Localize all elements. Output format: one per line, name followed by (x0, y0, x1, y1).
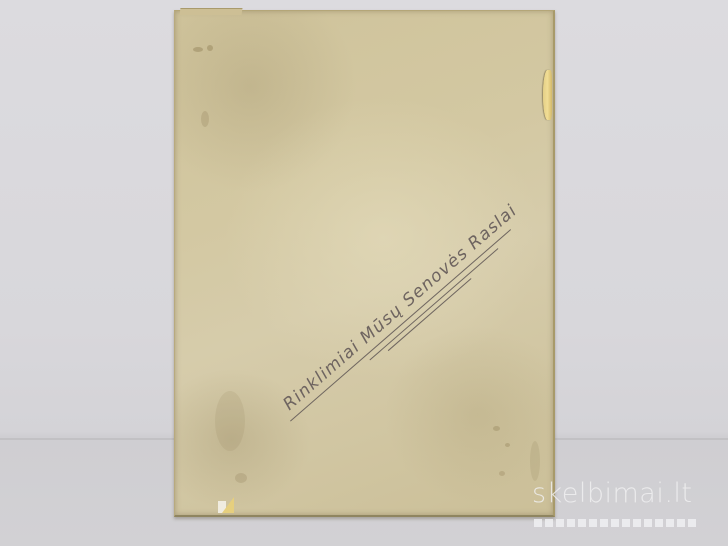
site-watermark: skelbimai.lt (532, 478, 712, 528)
torn-corner-flap (222, 497, 234, 513)
stain (493, 426, 500, 431)
stain (215, 391, 245, 451)
stain (201, 111, 209, 127)
book-cover (174, 10, 555, 517)
stain (505, 443, 510, 447)
stain (499, 471, 505, 476)
book-top-flap (180, 8, 243, 15)
watermark-text: skelbimai.lt (532, 478, 693, 509)
stain (235, 473, 247, 483)
stain (193, 47, 203, 52)
stain (530, 441, 540, 481)
spine-tape-strip (543, 70, 552, 120)
stain (207, 45, 213, 51)
watermark-dots (534, 519, 696, 527)
